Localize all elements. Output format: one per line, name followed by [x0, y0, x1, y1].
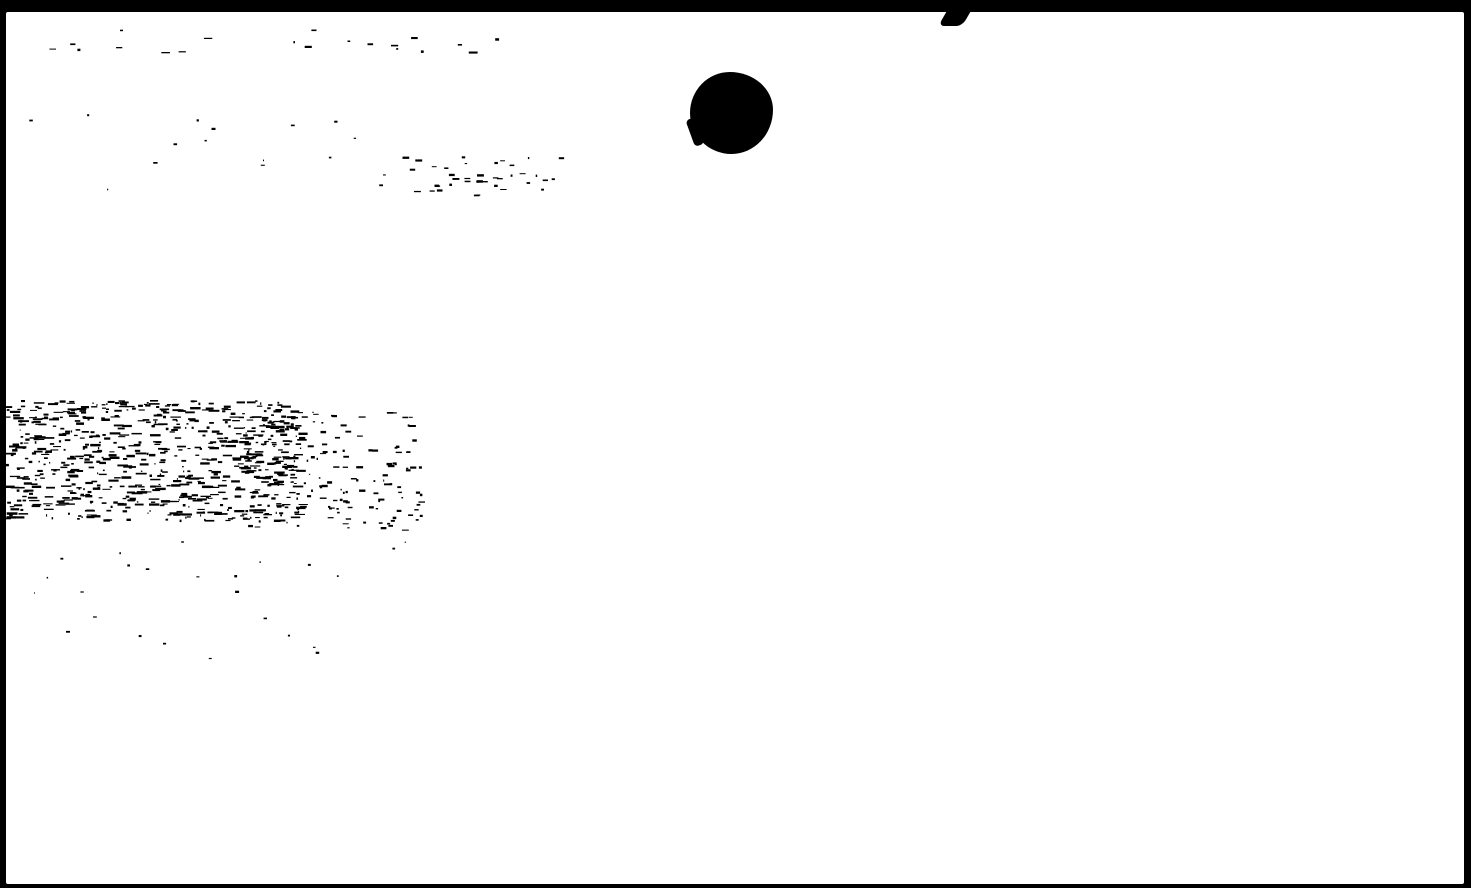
speckle-texture	[0, 0, 1471, 888]
image-frame	[0, 0, 1471, 888]
